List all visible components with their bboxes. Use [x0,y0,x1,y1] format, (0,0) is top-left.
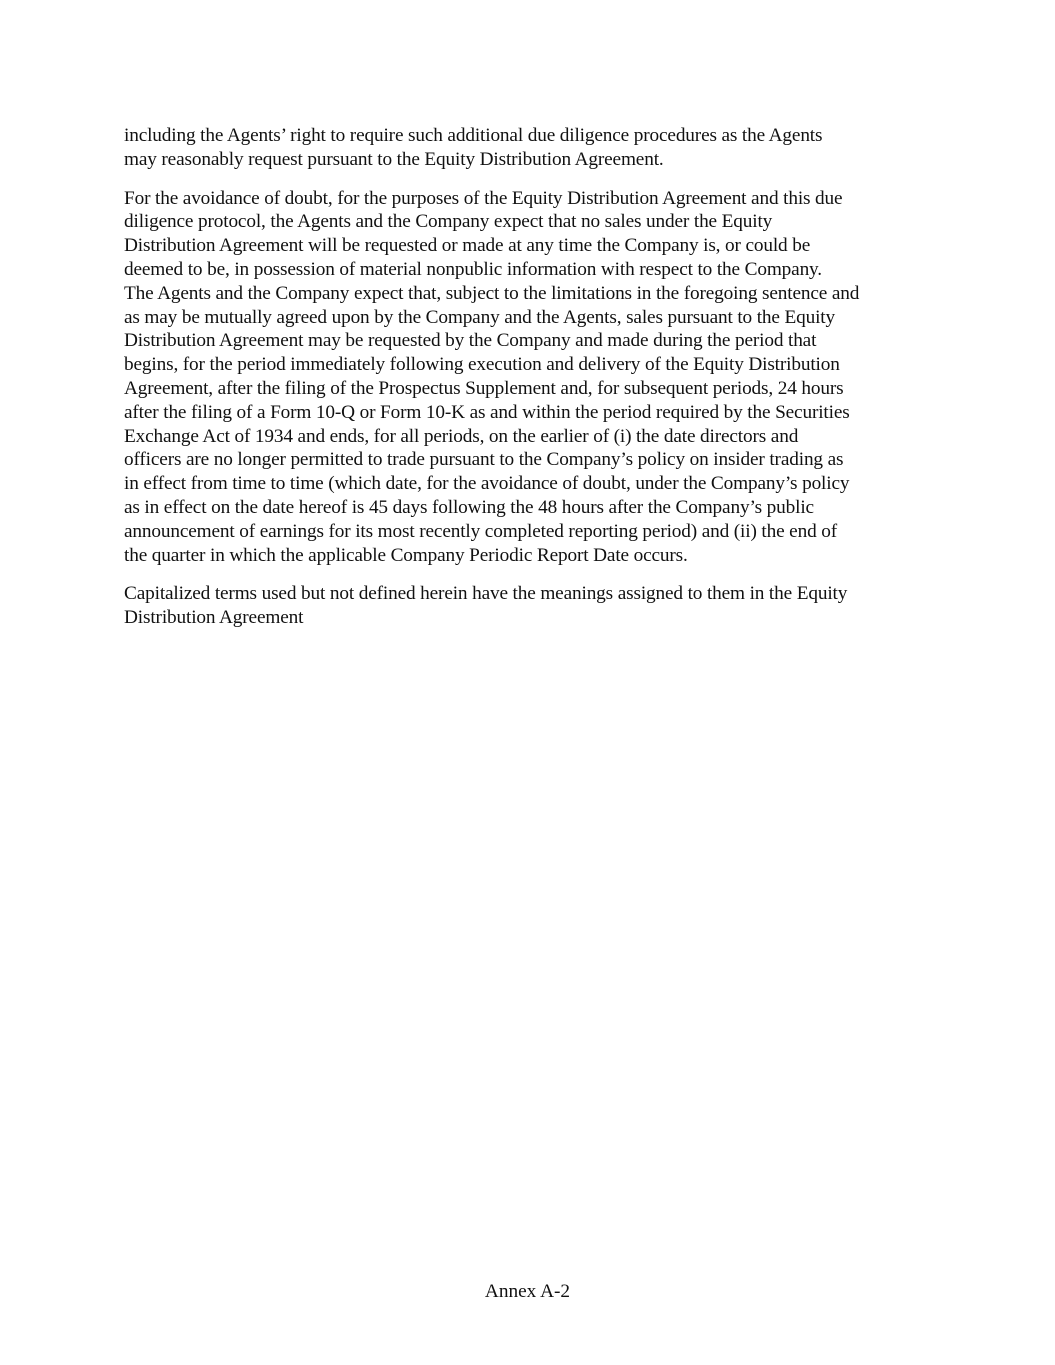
text-line: Distribution Agreement [124,606,944,630]
text-line: may reasonably request pursuant to the E… [124,148,944,172]
text-line: the quarter in which the applicable Comp… [124,544,944,568]
text-line: Distribution Agreement may be requested … [124,329,944,353]
text-line: officers are no longer permitted to trad… [124,448,944,472]
text-line: For the avoidance of doubt, for the purp… [124,187,944,211]
document-page: including the Agents’ right to require s… [0,0,1055,1365]
text-line: deemed to be, in possession of material … [124,258,944,282]
text-line: in effect from time to time (which date,… [124,472,944,496]
page-footer-label: Annex A-2 [0,1280,1055,1304]
paragraph-avoidance-of-doubt: For the avoidance of doubt, for the purp… [124,187,944,568]
text-line: Distribution Agreement will be requested… [124,234,944,258]
text-line: begins, for the period immediately follo… [124,353,944,377]
text-line: Exchange Act of 1934 and ends, for all p… [124,425,944,449]
text-line: Capitalized terms used but not defined h… [124,582,944,606]
text-line: including the Agents’ right to require s… [124,124,944,148]
document-body: including the Agents’ right to require s… [124,124,944,645]
text-line: as may be mutually agreed upon by the Co… [124,306,944,330]
text-line: Agreement, after the filing of the Prosp… [124,377,944,401]
paragraph-capitalized-terms: Capitalized terms used but not defined h… [124,582,944,630]
text-line: The Agents and the Company expect that, … [124,282,944,306]
text-line: diligence protocol, the Agents and the C… [124,210,944,234]
text-line: as in effect on the date hereof is 45 da… [124,496,944,520]
paragraph-due-diligence-continuation: including the Agents’ right to require s… [124,124,944,172]
text-line: after the filing of a Form 10-Q or Form … [124,401,944,425]
text-line: announcement of earnings for its most re… [124,520,944,544]
